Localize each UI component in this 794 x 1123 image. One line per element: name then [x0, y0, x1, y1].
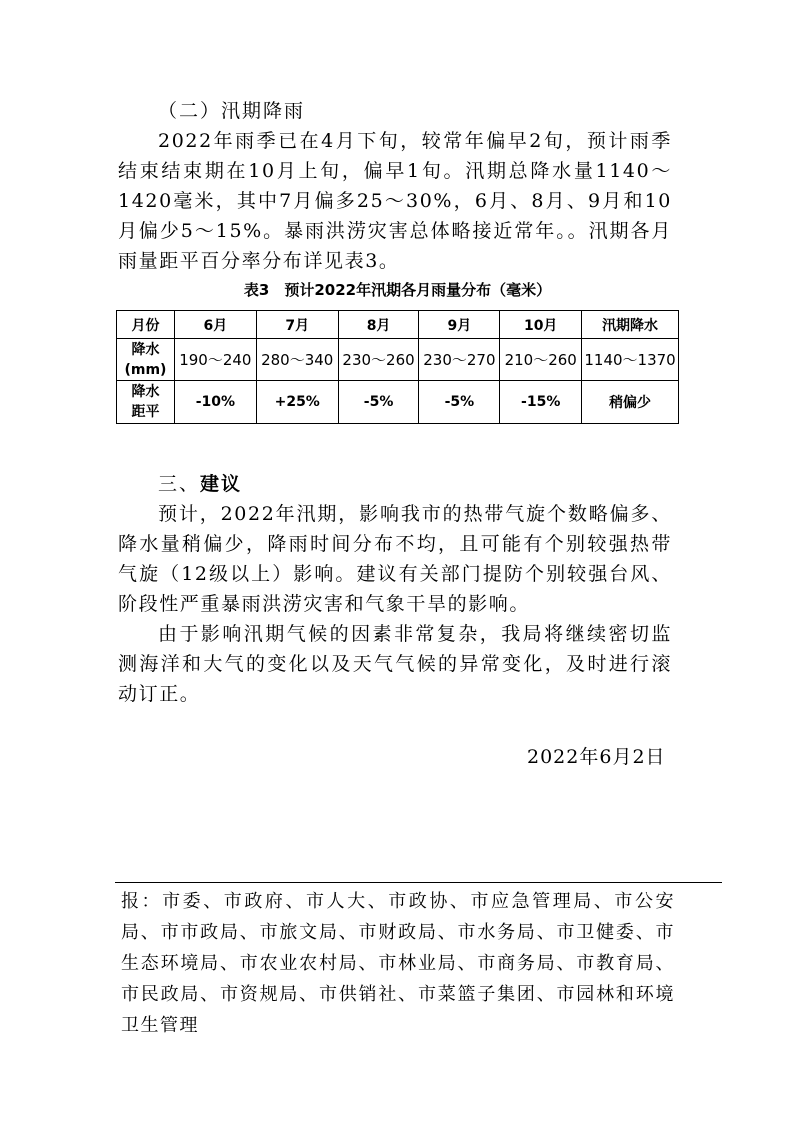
suggestion-paragraph-2: 由于影响汛期气候的因素非常复杂，我局将继续密切监测海洋和大气的变化以及天气气候的… — [118, 619, 672, 709]
table-cell: 190～240 — [174, 339, 256, 381]
row-label-precipitation: 降水 (mm) — [117, 339, 175, 381]
rainfall-paragraph: 2022年雨季已在4月下旬，较常年偏早2旬，预计雨季结束结束期在10月上旬，偏早… — [118, 126, 672, 276]
section-suggestions-body: 预计，2022年汛期，影响我市的热带气旋个数略偏多、降水量稍偏少，降雨时间分布不… — [118, 499, 672, 709]
table-header-cell: 9月 — [419, 311, 500, 339]
table-header-row: 月份 6月 7月 8月 9月 10月 汛期降水 — [117, 311, 679, 339]
row-label-line: (mm) — [117, 360, 174, 380]
heading-number: 三、 — [158, 473, 200, 495]
document-page: （二）汛期降雨 2022年雨季已在4月下旬，较常年偏早2旬，预计雨季结束结束期在… — [0, 0, 794, 1123]
table-cell: 210～260 — [500, 339, 582, 381]
table-cell: -15% — [500, 381, 582, 424]
table-header-cell: 8月 — [338, 311, 419, 339]
table-cell: -5% — [338, 381, 419, 424]
table-cell: 230～270 — [419, 339, 500, 381]
suggestion-paragraph-1: 预计，2022年汛期，影响我市的热带气旋个数略偏多、降水量稍偏少，降雨时间分布不… — [118, 499, 672, 619]
table-cell: 230～260 — [338, 339, 419, 381]
row-label-line: 距平 — [117, 402, 174, 422]
table-cell: -10% — [174, 381, 256, 424]
table-row-anomaly: 降水 距平 -10% +25% -5% -5% -15% 稍偏少 — [117, 381, 679, 424]
row-label-anomaly: 降水 距平 — [117, 381, 175, 424]
rainfall-table: 月份 6月 7月 8月 9月 10月 汛期降水 降水 (mm) 190～240 … — [116, 310, 679, 424]
signature-date: 2022年6月2日 — [527, 742, 666, 772]
table-cell: 1140～1370 — [582, 339, 679, 381]
distribution-list: 报：市委、市政府、市人大、市政协、市应急管理局、市公安局、市市政局、市旅文局、市… — [121, 886, 675, 1041]
row-label-line: 降水 — [117, 340, 174, 360]
table-cell: -5% — [419, 381, 500, 424]
table-header-cell: 6月 — [174, 311, 256, 339]
table-row-precipitation: 降水 (mm) 190～240 280～340 230～260 230～270 … — [117, 339, 679, 381]
table-caption: 表3 预计2022年汛期各月雨量分布（毫米） — [116, 278, 679, 302]
section-rainfall-body: 2022年雨季已在4月下旬，较常年偏早2旬，预计雨季结束结束期在10月上旬，偏早… — [118, 126, 672, 276]
table-cell: 稍偏少 — [582, 381, 679, 424]
table-cell: 280～340 — [256, 339, 338, 381]
heading-title: 建议 — [200, 473, 242, 495]
table-header-cell: 10月 — [500, 311, 582, 339]
section-heading-rainfall: （二）汛期降雨 — [158, 96, 305, 126]
table-header-cell: 月份 — [117, 311, 175, 339]
table-cell: +25% — [256, 381, 338, 424]
row-label-line: 降水 — [117, 382, 174, 402]
table-header-cell: 7月 — [256, 311, 338, 339]
divider-line — [115, 882, 722, 883]
table-header-cell: 汛期降水 — [582, 311, 679, 339]
section-heading-suggestions: 三、建议 — [158, 469, 242, 499]
